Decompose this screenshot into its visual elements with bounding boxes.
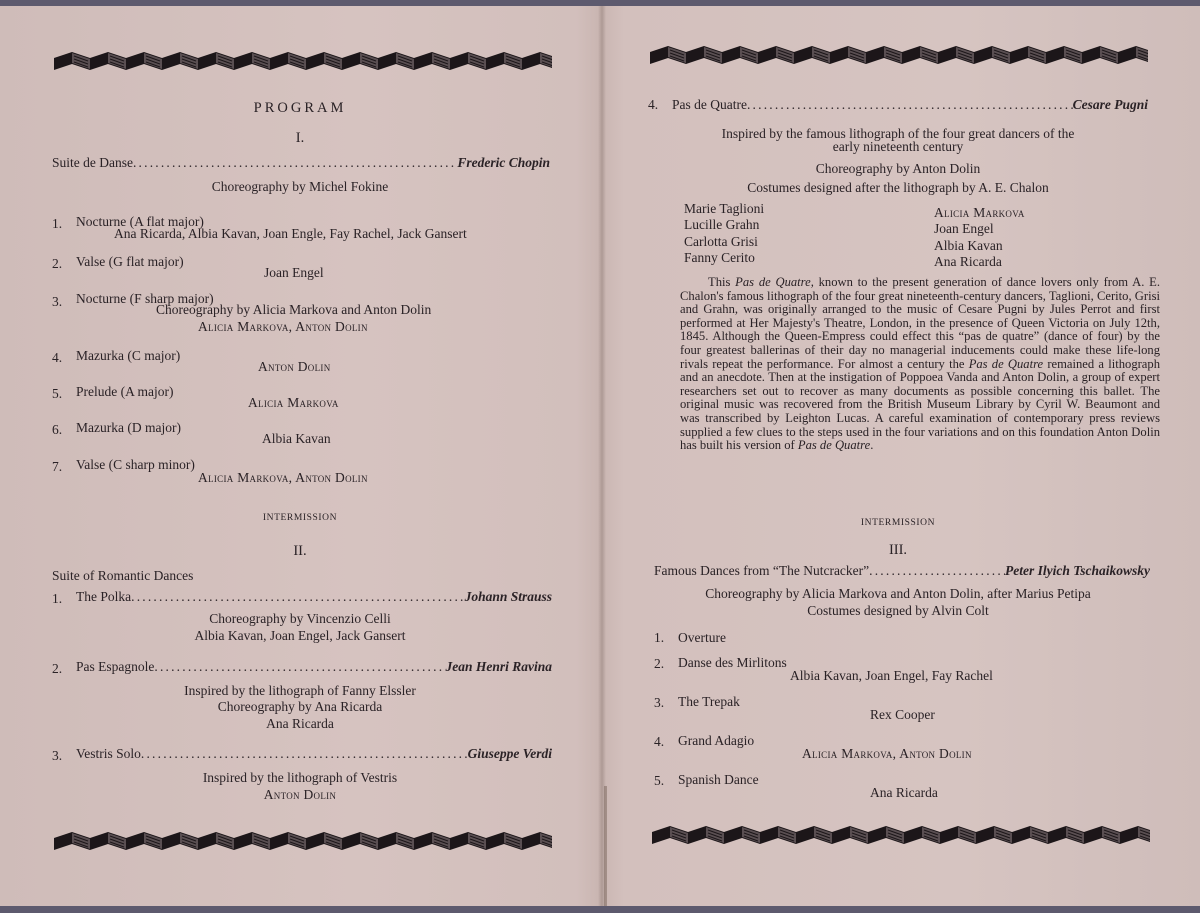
item-number: 2.: [654, 656, 664, 672]
item-number: 4.: [654, 734, 664, 750]
composer: Johann Strauss: [465, 589, 552, 605]
history-paragraph: This Pas de Quatre, known to the present…: [680, 276, 1160, 453]
program-heading: PROGRAM: [8, 100, 592, 116]
piece-title: Pas de Quatre: [672, 97, 747, 113]
item-cast: Anton Dolin: [258, 359, 331, 375]
item-number: 7.: [52, 459, 62, 475]
item-credit: Ana Ricarda: [8, 716, 592, 732]
choreography-credit: Choreography by Anton Dolin: [608, 161, 1188, 177]
item-number: 6.: [52, 422, 62, 438]
costumes-credit: Costumes designed by Alvin Colt: [608, 603, 1188, 619]
item-number: 1.: [52, 216, 62, 232]
composer: Peter Ilyich Tschaikowsky: [1005, 563, 1150, 579]
intermission-label: INTERMISSION: [8, 510, 592, 526]
item-cast: Ana Ricarda: [870, 785, 938, 801]
dot-leader: [131, 589, 464, 605]
zigzag-ornament-icon: [54, 830, 552, 854]
dot-leader: [154, 659, 445, 675]
zigzag-ornament-icon: [650, 44, 1148, 68]
pas-de-quatre-row: Pas de Quatre Cesare Pugni: [672, 97, 1148, 113]
item-cast: Alicia Markova: [248, 395, 339, 411]
item-cast: Albia Kavan, Joan Engel, Fay Rachel: [790, 668, 993, 684]
item-title: Overture: [678, 630, 726, 646]
item-credit: Inspired by the lithograph of Vestris: [8, 770, 592, 786]
item-number: 2.: [52, 661, 62, 677]
item-title: Valse (C sharp minor): [76, 457, 195, 473]
dot-leader: [141, 746, 468, 762]
composer: Jean Henri Ravina: [445, 659, 552, 675]
dancer-name: Ana Ricarda: [934, 254, 1002, 270]
zigzag-ornament-icon: [54, 50, 552, 74]
suite-title: Suite of Romantic Dances: [52, 568, 193, 584]
item-credit: Choreography by Ana Ricarda: [8, 699, 592, 715]
item-title: Prelude (A major): [76, 384, 173, 400]
item-credit: Inspired by the lithograph of Fanny Elss…: [8, 683, 592, 699]
role-name: Marie Taglioni: [684, 201, 764, 217]
piece-title: The Polka: [76, 589, 131, 605]
item-number: 4.: [52, 350, 62, 366]
suite-de-danse-row: Suite de Danse Frederic Chopin: [52, 155, 550, 171]
inspired-line: early nineteenth century: [608, 139, 1188, 155]
item-number: 5.: [654, 773, 664, 789]
pas-espagnole-row: Pas Espagnole Jean Henri Ravina: [76, 659, 552, 675]
item-title: Mazurka (C major): [76, 348, 180, 364]
dot-leader: [747, 97, 1073, 113]
dot-leader: [133, 155, 457, 171]
item-title: Danse des Mirlitons: [678, 655, 787, 671]
center-fold: [598, 6, 606, 906]
item-cast: Alicia Markova, Anton Dolin: [802, 746, 972, 762]
item-number: 3.: [654, 695, 664, 711]
composer: Giuseppe Verdi: [468, 746, 552, 762]
dancer-name: Albia Kavan: [934, 238, 1003, 254]
item-credit: Albia Kavan, Joan Engel, Jack Gansert: [8, 628, 592, 644]
item-cast: Joan Engel: [264, 265, 324, 281]
paper-crease: [604, 786, 607, 906]
piece-title: Pas Espagnole: [76, 659, 154, 675]
item-cast: Alicia Markova, Anton Dolin: [198, 319, 368, 335]
item-note: Choreography by Alicia Markova and Anton…: [156, 302, 431, 318]
part-numeral: I.: [8, 130, 592, 146]
item-cast: Alicia Markova, Anton Dolin: [198, 470, 368, 486]
item-number: 1.: [52, 591, 62, 607]
role-name: Fanny Cerito: [684, 250, 755, 266]
item-cast: Rex Cooper: [870, 707, 935, 723]
item-number: 2.: [52, 256, 62, 272]
item-number: 5.: [52, 386, 62, 402]
piece-title: Famous Dances from “The Nutcracker”: [654, 563, 869, 579]
item-title: Grand Adagio: [678, 733, 754, 749]
dancer-name: Joan Engel: [934, 221, 994, 237]
item-credit: Anton Dolin: [8, 787, 592, 803]
role-name: Lucille Grahn: [684, 217, 759, 233]
item-cast: Albia Kavan: [262, 431, 331, 447]
item-title: Valse (G flat major): [76, 254, 184, 270]
nutcracker-row: Famous Dances from “The Nutcracker” Pete…: [654, 563, 1150, 579]
item-credit: Choreography by Vincenzio Celli: [8, 611, 592, 627]
right-page: 4. Pas de Quatre Cesare Pugni Inspired b…: [608, 6, 1198, 906]
item-number: 4.: [648, 97, 658, 113]
part-numeral: II.: [8, 543, 592, 559]
role-name: Carlotta Grisi: [684, 234, 758, 250]
polka-row: The Polka Johann Strauss: [76, 589, 552, 605]
vestris-solo-row: Vestris Solo Giuseppe Verdi: [76, 746, 552, 762]
item-title: The Trepak: [678, 694, 740, 710]
zigzag-ornament-icon: [652, 824, 1150, 848]
item-number: 1.: [654, 630, 664, 646]
composer: Frederic Chopin: [457, 155, 550, 171]
piece-title: Vestris Solo: [76, 746, 141, 762]
part-numeral: III.: [608, 542, 1188, 558]
piece-title: Suite de Danse: [52, 155, 133, 171]
composer: Cesare Pugni: [1073, 97, 1148, 113]
intermission-label: INTERMISSION: [608, 515, 1188, 531]
dot-leader: [869, 563, 1005, 579]
item-title: Mazurka (D major): [76, 420, 181, 436]
item-number: 3.: [52, 294, 62, 310]
item-cast: Ana Ricarda, Albia Kavan, Joan Engle, Fa…: [114, 226, 467, 242]
dancer-name: Alicia Markova: [934, 205, 1025, 221]
item-title: Spanish Dance: [678, 772, 759, 788]
choreography-credit: Choreography by Alicia Markova and Anton…: [608, 586, 1188, 602]
program-spread: PROGRAM I. Suite de Danse Frederic Chopi…: [0, 6, 1200, 906]
item-number: 3.: [52, 748, 62, 764]
left-page: PROGRAM I. Suite de Danse Frederic Chopi…: [8, 6, 592, 906]
costumes-credit: Costumes designed after the lithograph b…: [608, 180, 1188, 196]
choreography-credit: Choreography by Michel Fokine: [8, 179, 592, 195]
